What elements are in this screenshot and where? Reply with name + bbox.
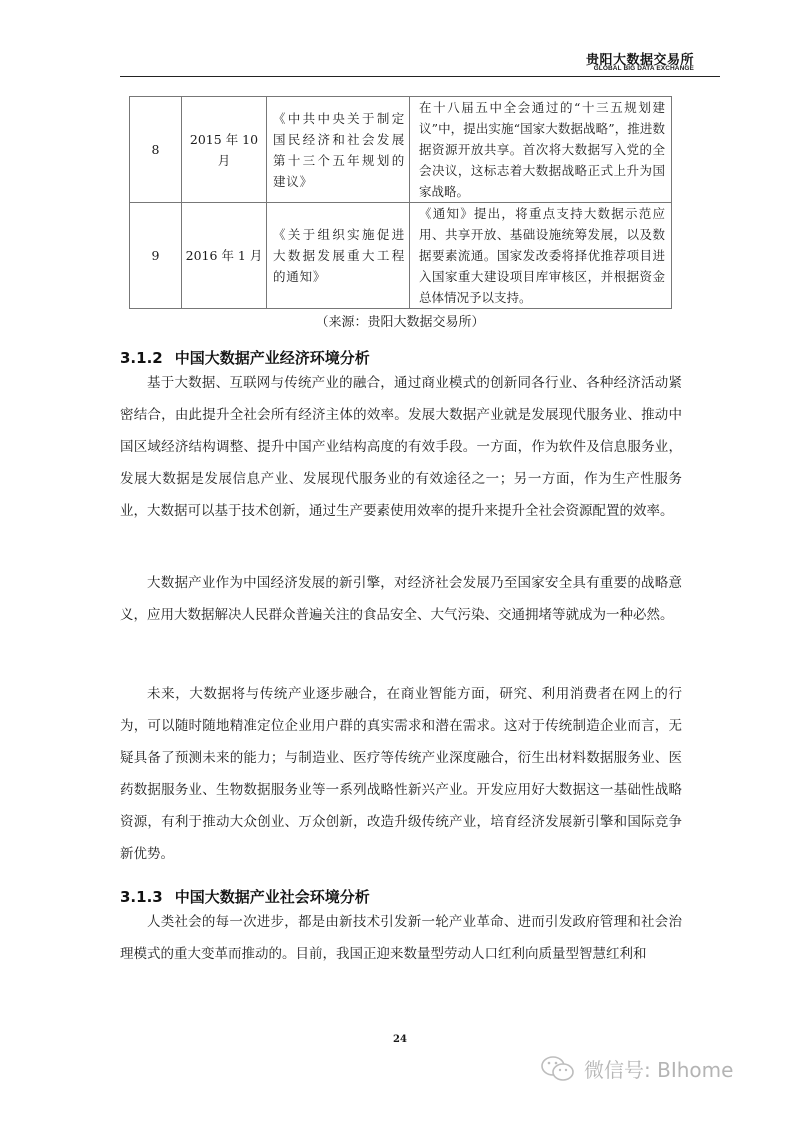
watermark: 微信号: BIhome: [540, 1054, 733, 1083]
paragraph: 基于大数据、互联网与传统产业的融合，通过商业模式的创新同各行业、各种经济活动紧密…: [120, 367, 682, 527]
page-number: 24: [0, 1034, 800, 1045]
watermark-text: 微信号: BIhome: [584, 1054, 733, 1083]
section-heading-3-1-3: 3.1.3中国大数据产业社会环境分析: [120, 886, 370, 907]
paragraph: 人类社会的每一次进步，都是由新技术引发新一轮产业革命、进而引发政府管理和社会治理…: [120, 906, 682, 970]
row-date: 2016 年 1 月: [182, 203, 267, 309]
table-row: 9 2016 年 1 月 《关于组织实施促进大数据发展重大工程的通知》 《通知》…: [130, 203, 672, 309]
header-divider: [120, 76, 720, 77]
table-row: 8 2015 年 10 月 《中共中央关于制定国民经济和社会发展第十三个五年规划…: [130, 97, 672, 203]
table-source: （来源：贵阳大数据交易所）: [0, 311, 800, 330]
row-description: 在十八届五中全会通过的“十三五规划建议”中，提出实施“国家大数据战略”，推进数据…: [410, 97, 672, 203]
row-description: 《通知》提出，将重点支持大数据示范应用、共享开放、基础设施统筹发展，以及数据要素…: [410, 203, 672, 309]
row-date: 2015 年 10 月: [182, 97, 267, 203]
section-title: 中国大数据产业经济环境分析: [175, 349, 370, 367]
row-index: 9: [130, 203, 182, 309]
section-number: 3.1.3: [120, 888, 163, 906]
row-index: 8: [130, 97, 182, 203]
paragraph: 未来，大数据将与传统产业逐步融合，在商业智能方面，研究、利用消费者在网上的行为，…: [120, 678, 682, 870]
section-title: 中国大数据产业社会环境分析: [175, 888, 370, 906]
header-org-name-en: GLOBAL BIG DATA EXCHANGE: [594, 65, 694, 72]
row-document: 《关于组织实施促进大数据发展重大工程的通知》: [267, 203, 410, 309]
paragraph: 大数据产业作为中国经济发展的新引擎，对经济社会发展乃至国家安全具有重要的战略意义…: [120, 567, 682, 631]
wechat-icon: [540, 1055, 576, 1083]
policy-table: 8 2015 年 10 月 《中共中央关于制定国民经济和社会发展第十三个五年规划…: [129, 96, 672, 309]
row-document: 《中共中央关于制定国民经济和社会发展第十三个五年规划的建议》: [267, 97, 410, 203]
section-number: 3.1.2: [120, 349, 163, 367]
section-heading-3-1-2: 3.1.2中国大数据产业经济环境分析: [120, 347, 370, 368]
